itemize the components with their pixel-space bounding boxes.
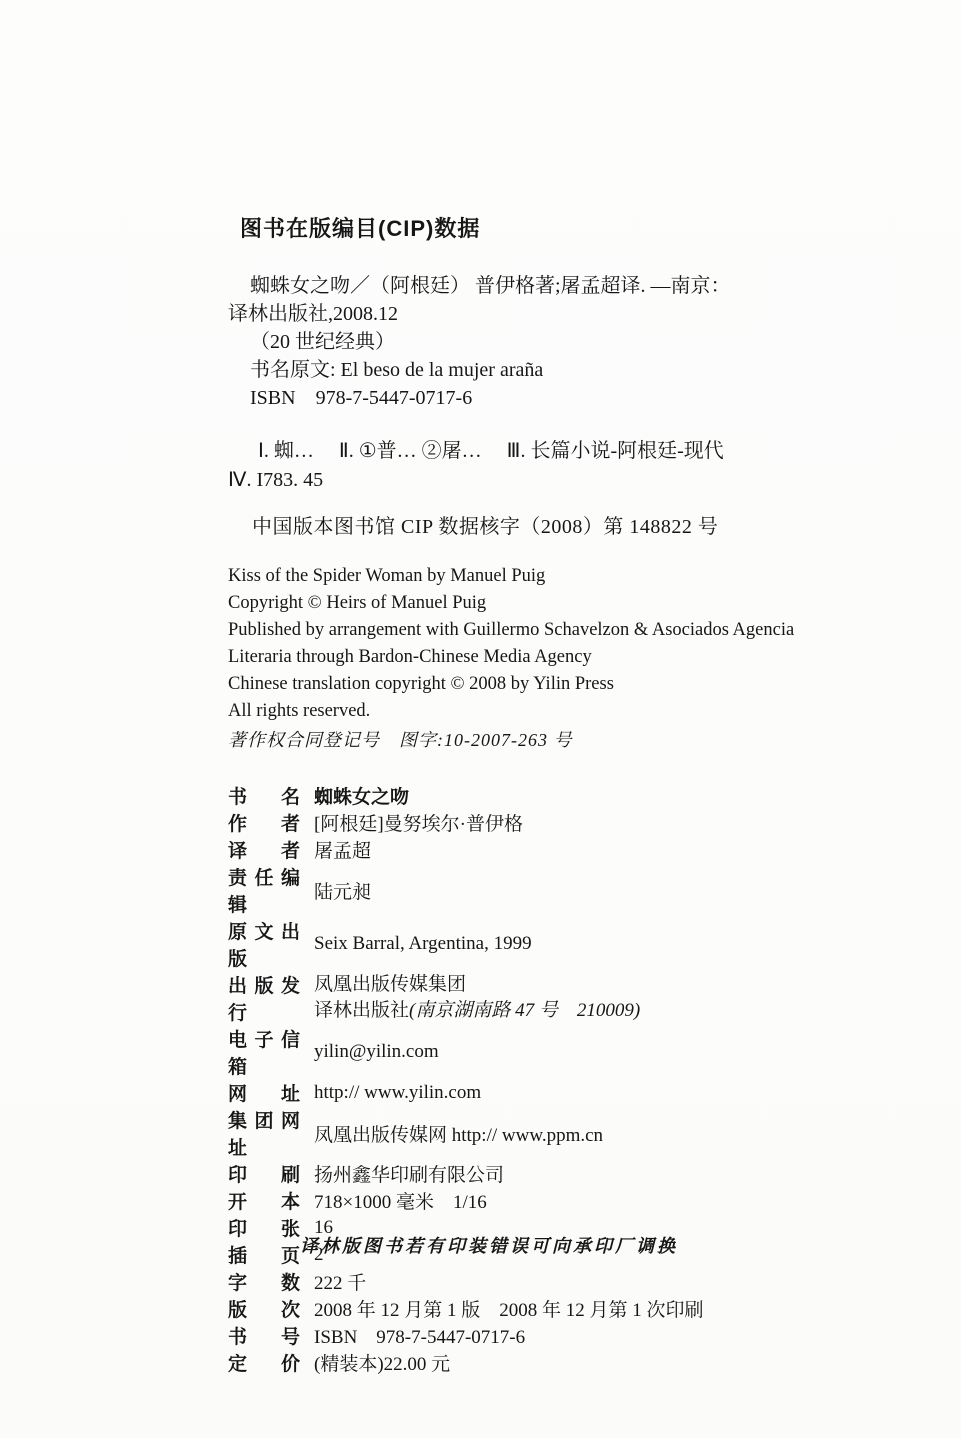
- publisher-group-line: 凤凰出版传媒集团: [314, 972, 640, 998]
- colophon-row-edition: 版次 2008 年 12 月第 1 版 2008 年 12 月第 1 次印刷: [228, 1295, 848, 1322]
- publisher-address: (南京湖南路 47 号 210009): [409, 1000, 640, 1021]
- row-label: 原文出版: [228, 917, 300, 971]
- copyright-line: Chinese translation copyright © 2008 by …: [228, 671, 848, 698]
- cip-entry-line1: 蜘蛛女之吻／（阿根廷） 普伊格著;屠孟超译. —南京：: [228, 272, 828, 300]
- copyright-line: All rights reserved.: [228, 698, 848, 725]
- colophon-row-website: 网址 http:// www.yilin.com: [228, 1079, 848, 1106]
- row-label: 集团网址: [228, 1106, 300, 1160]
- cip-header: 图书在版编目(CIP)数据: [240, 212, 480, 243]
- cip-original-title: 书名原文: El beso de la mujer araña: [228, 356, 828, 384]
- colophon-row-printer: 印刷 扬州鑫华印刷有限公司: [228, 1160, 848, 1187]
- colophon-row-author: 作者 [阿根廷]曼努埃尔·普伊格: [228, 809, 848, 836]
- row-value: 蜘蛛女之吻: [314, 782, 409, 809]
- cip-entry-line2: 译林出版社,2008.12: [228, 300, 828, 328]
- copyright-line: Kiss of the Spider Woman by Manuel Puig: [228, 563, 848, 590]
- row-label: 印张: [228, 1214, 300, 1241]
- cip-classification-block: Ⅰ. 蜘… Ⅱ. ①普… ②屠… Ⅲ. 长篇小说-阿根廷-现代 Ⅳ. I783.…: [228, 437, 848, 495]
- row-value: 凤凰出版传媒集团 译林出版社(南京湖南路 47 号 210009): [314, 972, 640, 1024]
- row-value: 718×1000 毫米 1/16: [314, 1187, 487, 1214]
- row-value: yilin@yilin.com: [314, 1041, 439, 1063]
- row-value: 陆元昶: [314, 877, 371, 904]
- row-value: http:// www.yilin.com: [314, 1082, 481, 1104]
- row-value: 扬州鑫华印刷有限公司: [314, 1160, 504, 1187]
- colophon-row-wordcount: 字数 222 千: [228, 1268, 848, 1295]
- row-value: ISBN 978-7-5447-0717-6: [314, 1322, 525, 1349]
- colophon-row-price: 定价 (精装本)22.00 元: [228, 1349, 848, 1376]
- row-label: 定价: [228, 1349, 300, 1376]
- row-label: 书号: [228, 1322, 300, 1349]
- copyright-line: Copyright © Heirs of Manuel Puig: [228, 590, 848, 617]
- row-value: 凤凰出版传媒网 http:// www.ppm.cn: [314, 1120, 603, 1147]
- row-label: 版次: [228, 1295, 300, 1322]
- row-value: 222 千: [314, 1268, 366, 1295]
- colophon-row-publisher: 出版发行 凤凰出版传媒集团 译林出版社(南京湖南路 47 号 210009): [228, 971, 848, 1025]
- colophon-row-format: 开本 718×1000 毫米 1/16: [228, 1187, 848, 1214]
- row-label: 译者: [228, 836, 300, 863]
- row-label: 出版发行: [228, 971, 300, 1025]
- cip-entry-block: 蜘蛛女之吻／（阿根廷） 普伊格著;屠孟超译. —南京： 译林出版社,2008.1…: [228, 272, 828, 412]
- publisher-address-line: 译林出版社(南京湖南路 47 号 210009): [314, 998, 640, 1024]
- publisher-name: 译林出版社: [314, 1000, 409, 1021]
- colophon-row-title: 书名 蜘蛛女之吻: [228, 782, 848, 809]
- classification-line1: Ⅰ. 蜘… Ⅱ. ①普… ②屠… Ⅲ. 长篇小说-阿根廷-现代: [228, 437, 848, 466]
- row-label: 开本: [228, 1187, 300, 1214]
- row-label: 电子信箱: [228, 1025, 300, 1079]
- colophon-row-translator: 译者 屠孟超: [228, 836, 848, 863]
- cip-registry-line: 中国版本图书馆 CIP 数据核字（2008）第 148822 号: [252, 510, 718, 539]
- row-label: 书名: [228, 782, 300, 809]
- row-value: 屠孟超: [314, 836, 371, 863]
- row-value: Seix Barral, Argentina, 1999: [314, 933, 532, 955]
- classification-line2: Ⅳ. I783. 45: [228, 466, 848, 495]
- cip-series-note: （20 世纪经典）: [228, 328, 828, 356]
- row-value: [阿根廷]曼努埃尔·普伊格: [314, 809, 523, 836]
- row-label: 印刷: [228, 1160, 300, 1187]
- cip-isbn: ISBN 978-7-5447-0717-6: [228, 384, 828, 412]
- colophon-row-editor: 责任编辑 陆元昶: [228, 863, 848, 917]
- colophon-table: 书名 蜘蛛女之吻 作者 [阿根廷]曼努埃尔·普伊格 译者 屠孟超 责任编辑 陆元…: [228, 782, 848, 1376]
- colophon-row-email: 电子信箱 yilin@yilin.com: [228, 1025, 848, 1079]
- copyright-line: Literaria through Bardon-Chinese Media A…: [228, 644, 848, 671]
- copyright-registration-line: 著作权合同登记号 图字:10-2007-263 号: [228, 727, 848, 754]
- colophon-row-isbn: 书号 ISBN 978-7-5447-0717-6: [228, 1322, 848, 1349]
- copyright-line: Published by arrangement with Guillermo …: [228, 617, 848, 644]
- colophon-row-original-publisher: 原文出版 Seix Barral, Argentina, 1999: [228, 917, 848, 971]
- row-value: 2008 年 12 月第 1 版 2008 年 12 月第 1 次印刷: [314, 1295, 704, 1322]
- row-label: 字数: [228, 1268, 300, 1295]
- row-label: 责任编辑: [228, 863, 300, 917]
- misprint-exchange-note: 译林版图书若有印装错误可向承印厂调换: [300, 1232, 678, 1258]
- row-label: 插页: [228, 1241, 300, 1268]
- row-value: (精装本)22.00 元: [314, 1349, 450, 1376]
- colophon-row-group-website: 集团网址 凤凰出版传媒网 http:// www.ppm.cn: [228, 1106, 848, 1160]
- row-label: 作者: [228, 809, 300, 836]
- copyright-page: 图书在版编目(CIP)数据 蜘蛛女之吻／（阿根廷） 普伊格著;屠孟超译. —南京…: [0, 0, 961, 1438]
- copyright-block: Kiss of the Spider Woman by Manuel Puig …: [228, 563, 848, 754]
- row-label: 网址: [228, 1079, 300, 1106]
